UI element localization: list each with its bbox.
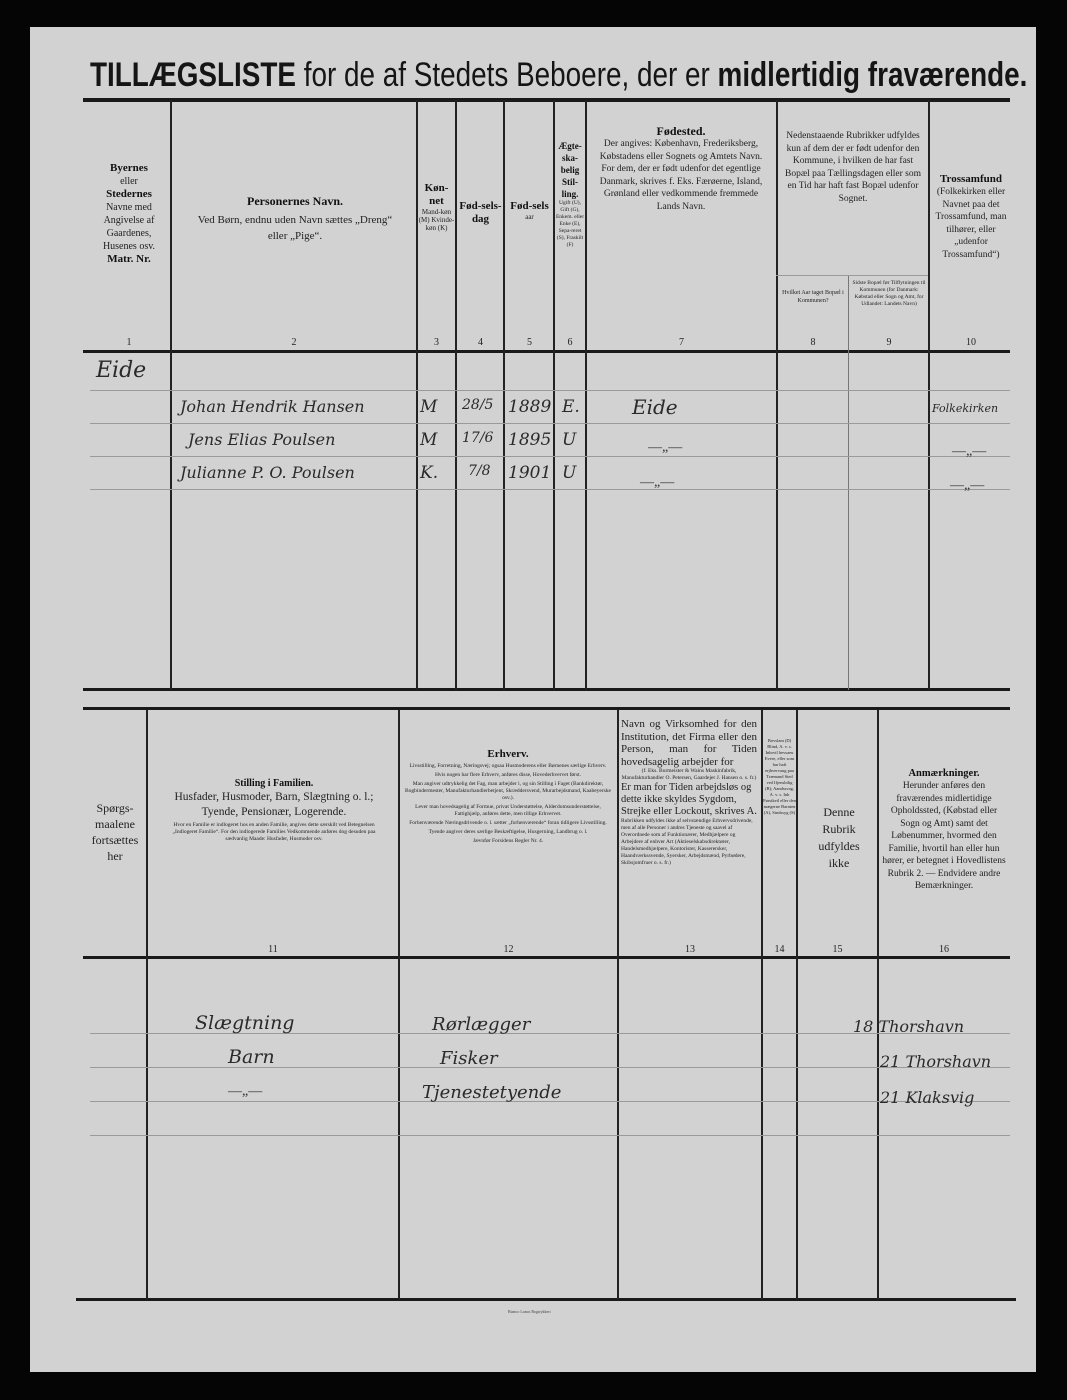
header-text: Mand-køn (M) Kvinde-køn (K) xyxy=(418,208,455,232)
title-bold-lead: TILLÆGSLISTE xyxy=(90,56,296,94)
person-name: Julianne P. O. Poulsen xyxy=(180,463,355,482)
header-col-15: Denne Rubrik udfyldes ikke xyxy=(810,804,868,872)
ditto-mark: —„— xyxy=(952,444,986,460)
header-text: Matr. Nr. xyxy=(88,253,170,266)
header-small-text: Hvor en Familie er indlogeret hos en and… xyxy=(160,822,388,843)
header-title: Trossamfund xyxy=(931,173,1011,186)
header-title: Personernes Navn. xyxy=(190,195,400,208)
header-col-11: Stilling i Familien. Husfader, Husmoder,… xyxy=(160,777,388,843)
remarks: 21 Klaksvig xyxy=(880,1088,974,1107)
col-number: 4 xyxy=(458,337,503,348)
col-number: 10 xyxy=(931,337,1011,348)
col-number: 14 xyxy=(763,944,796,955)
title-rule xyxy=(83,98,1010,102)
col-number: 11 xyxy=(148,944,398,955)
header-col-6: Ægte-ska-belig Stil-ling. Ugift (U), Gif… xyxy=(555,140,585,249)
person-birth-year: 1901 xyxy=(508,463,551,483)
col-divider xyxy=(585,100,587,690)
col-number: 16 xyxy=(879,944,1009,955)
header-title: Fød-sels xyxy=(506,200,553,213)
header-small-text: Man angiver udtrykkelig det Fag, man arb… xyxy=(404,781,612,802)
header-text: Navne med xyxy=(88,201,170,214)
ditto-mark: —„— xyxy=(640,475,674,491)
col-number: 3 xyxy=(418,337,455,348)
header-text: Husenes osv. xyxy=(88,240,170,253)
col-number: 13 xyxy=(619,944,761,955)
row-line xyxy=(90,1135,1010,1136)
header-col-9: Sidste Bopæl før Tilflytningen til Kommu… xyxy=(851,280,927,308)
row-line xyxy=(90,489,1010,490)
header-text: Gaardenes, xyxy=(88,227,170,240)
col-number: 15 xyxy=(798,944,877,955)
occupation: Rørlægger xyxy=(432,1014,530,1035)
form-title: TILLÆGSLISTE for de af Stedets Beboere, … xyxy=(90,50,849,100)
header-title: Anmærkninger. xyxy=(881,767,1007,780)
header-col-2: Personernes Navn. Ved Børn, endnu uden N… xyxy=(190,195,400,244)
occupation: Tjenestetyende xyxy=(422,1082,561,1103)
header-text: Ugift (U), Gift (G), Enkem. eller Enke (… xyxy=(555,200,585,249)
side-note: Spørgs-maalene fortsættes her xyxy=(84,800,146,864)
col-number: 8 xyxy=(780,337,846,348)
header-col-13: Navn og Virksomhed for den Institution, … xyxy=(621,718,757,867)
row-line xyxy=(90,390,1010,391)
col-divider xyxy=(455,100,457,690)
remarks: 18 Thorshavn xyxy=(853,1017,964,1036)
lower-bottom-rule xyxy=(76,1298,1016,1301)
person-birthplace: Eide xyxy=(632,395,678,419)
title-bold-tail: midlertidig fraværende. xyxy=(718,56,1028,94)
col-divider xyxy=(617,710,619,1300)
col-divider xyxy=(146,710,148,1300)
header-col-16: Anmærkninger. Herunder anføres den fravæ… xyxy=(881,767,1007,893)
occupation: Fisker xyxy=(440,1048,498,1069)
header-title: Navn og Virksomhed for den Institution, … xyxy=(621,718,757,768)
printer-mark: Bianco Lunos Bogtrykkeri xyxy=(508,1309,551,1314)
row-line xyxy=(90,423,1010,424)
col-number: 12 xyxy=(400,944,617,955)
header-small-text: Livsstilling, Forretning, Næringsvej; og… xyxy=(404,763,612,770)
header-small-text: Rubrikken udfyldes ikke af selvstændige … xyxy=(621,818,757,867)
person-marital: U xyxy=(562,463,576,483)
person-faith: Folkekirken xyxy=(932,402,998,415)
col-divider xyxy=(170,100,172,690)
col-divider xyxy=(776,100,778,690)
person-sex: M xyxy=(420,430,437,450)
row-line xyxy=(90,456,1010,457)
header-text: Angivelse af xyxy=(88,214,170,227)
person-birth-year: 1895 xyxy=(508,430,551,450)
header-small-text: Tyende angiver deres særlige Beskæftigel… xyxy=(404,829,612,836)
header-small-text: Lever man hovedsagelig af Formue, privat… xyxy=(404,804,612,818)
col-number: 5 xyxy=(506,337,553,348)
person-birth-day: 17/6 xyxy=(462,430,493,446)
header-text: (Folkekirken eller Navnet paa det Trossa… xyxy=(931,186,1011,261)
header-text: Byernes xyxy=(88,162,170,175)
upper-header-rule xyxy=(83,350,1010,353)
col-divider xyxy=(503,100,505,690)
header-text: Herunder anføres den fraværendes midlert… xyxy=(881,780,1007,893)
col-divider xyxy=(796,710,798,1300)
remarks: 21 Thorshavn xyxy=(880,1052,991,1071)
header-small-text: Hvis nogen har flere Erhverv, anføres di… xyxy=(404,772,612,779)
census-form-page xyxy=(30,27,1036,1372)
header-col-4: Fød-sels-dag xyxy=(458,200,503,226)
header-col-7: Fødested. Der angives: København, Freder… xyxy=(597,125,765,213)
header-title: Erhverv. xyxy=(404,748,612,761)
family-position: Barn xyxy=(228,1046,275,1068)
lower-top-rule xyxy=(83,707,1010,710)
col-number: 1 xyxy=(88,337,170,348)
ditto-mark: —„— xyxy=(648,440,682,456)
col-divider xyxy=(928,100,930,690)
header-title: Fødested. xyxy=(597,125,765,138)
person-birth-day: 28/5 xyxy=(462,397,493,413)
lower-header-rule xyxy=(83,956,1010,959)
subheader-rule xyxy=(776,275,928,276)
header-col-8: Hvilket Aar taget Bopæl i Kommunen? xyxy=(780,290,846,305)
header-title: Køn-net xyxy=(418,182,455,208)
person-birth-day: 7/8 xyxy=(468,463,491,479)
header-col-14: Bovslam (D) Blind, A. v. s. Inhrvtl hevs… xyxy=(763,738,796,938)
col-number: 2 xyxy=(172,337,416,348)
upper-bottom-rule xyxy=(83,688,1010,691)
ditto-mark: —„— xyxy=(950,478,984,494)
person-sex: M xyxy=(420,397,437,417)
col-divider xyxy=(398,710,400,1300)
col-number: 6 xyxy=(555,337,585,348)
header-title: Fød-sels-dag xyxy=(458,200,503,226)
header-col-1: Byernes eller Stedernes Navne med Angive… xyxy=(88,162,170,266)
place-name: Eide xyxy=(96,358,146,383)
col-divider xyxy=(877,710,879,1300)
header-small-text: Jævnfør Forsidens Regler Nr. 4. xyxy=(404,838,612,845)
title-middle: for de af Stedets Beboere, der er xyxy=(296,56,718,94)
header-col-5: Fød-sels aar xyxy=(506,200,553,221)
header-text: Husfader, Husmoder, Barn, Slægtning o. l… xyxy=(160,790,388,820)
person-sex: K. xyxy=(420,463,438,483)
header-group-8-9: Nedenstaaende Rubrikker udfyldes kun af … xyxy=(783,130,923,205)
person-name: Johan Hendrik Hansen xyxy=(180,397,365,416)
ditto-mark: —„— xyxy=(228,1084,262,1100)
col-divider-thin xyxy=(848,275,849,690)
header-title: Ægte-ska-belig Stil-ling. xyxy=(555,140,585,200)
person-name: Jens Elias Poulsen xyxy=(188,430,335,449)
col-number: 9 xyxy=(851,337,927,348)
col-number: 7 xyxy=(587,337,776,348)
person-marital: U xyxy=(562,430,576,450)
person-marital: E. xyxy=(562,397,580,417)
header-col-12: Erhverv. Livsstilling, Forretning, Nærin… xyxy=(404,748,612,845)
header-text: eller xyxy=(88,175,170,188)
header-text: Ved Børn, endnu uden Navn sættes „Dreng“… xyxy=(190,212,400,244)
person-birth-year: 1889 xyxy=(508,397,551,417)
header-text: Der angives: København, Frederiksberg, K… xyxy=(597,138,765,213)
header-text: Stedernes xyxy=(88,188,170,201)
header-title: Stilling i Familien. xyxy=(160,777,388,790)
header-text: Er man for Tiden arbejdsløs og dette ikk… xyxy=(621,782,757,818)
family-position: Slægtning xyxy=(195,1012,294,1034)
header-col-3: Køn-net Mand-køn (M) Kvinde-køn (K) xyxy=(418,182,455,232)
header-small-text: (f. Eks. Burmeister & Wains Maskinfabrik… xyxy=(621,768,757,782)
header-small-text: Forhenværende Næringsdrivende o. l. sætt… xyxy=(404,820,612,827)
header-text: aar xyxy=(506,213,553,221)
header-col-10: Trossamfund (Folkekirken eller Navnet pa… xyxy=(931,173,1011,261)
